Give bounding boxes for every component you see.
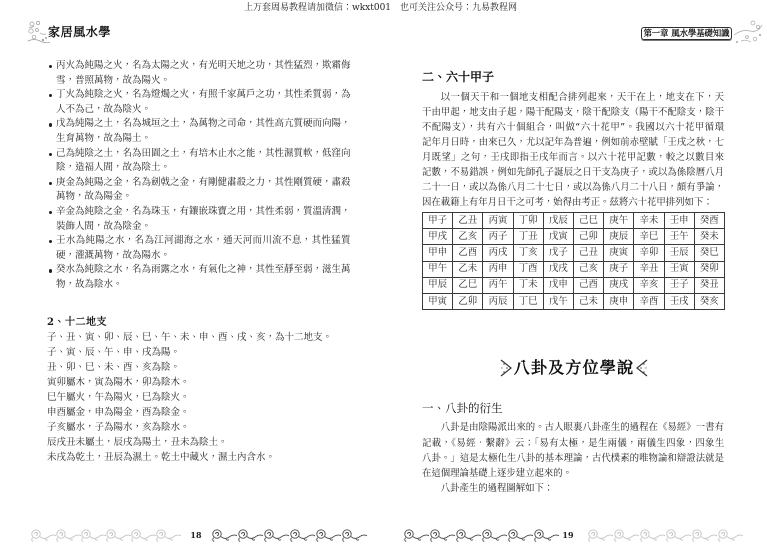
list-item: 辛金為純陰之金，名為珠玉，有鑲嵌珠寶之用，其性柔弱，質溫清潤，裝飾人間，故為陰金… (48, 205, 351, 234)
table-cell: 辛未 (634, 213, 664, 229)
table-cell: 甲午 (423, 261, 453, 277)
list-item: 丁火為純陰之火，名為燈燭之火，有照千家萬戶之功，其性柔質弱，為人不為己，故為陰火… (48, 88, 351, 117)
list-item-text: 丙火為純陽之火，名為太陽之火，有光明天地之功，其性猛烈，欺霜侮雪，普照萬物，故為… (56, 59, 351, 88)
list-item-text: 丁火為純陰之火，名為燈燭之火，有照千家萬戶之功，其性柔質弱，為人不為己，故為陰火… (56, 88, 351, 117)
table-cell: 癸亥 (694, 293, 724, 309)
paragraph-line: 記載，《易經．繫辭》云：「易有太極，是生兩儀，兩儀生四象，四象生 (422, 436, 724, 451)
table-cell: 癸丑 (694, 277, 724, 293)
chapter-banner: 八卦及方位學說 (496, 357, 652, 379)
table-cell: 戊戌 (543, 261, 573, 277)
earthly-branches-section: 2、十二地支 子、丑、寅、卯、辰、巳、午、未、申、酉、戌、亥，為十二地支。 子、… (47, 315, 332, 465)
page-number: 19 (561, 528, 575, 542)
table-cell: 丁酉 (513, 261, 543, 277)
table-cell: 甲子 (423, 213, 453, 229)
table-cell: 丙寅 (483, 213, 513, 229)
text-line: 寅卯屬木，寅為陽木，卯為陰木。 (47, 375, 332, 390)
table-cell: 乙未 (453, 261, 483, 277)
paragraph-line: 干由甲起，地支由子起，陽干配陽支，陰干配陰支（陽干不配陰支，陰干 (422, 105, 724, 120)
table-cell: 乙巳 (453, 277, 483, 293)
paragraph-line: 在這個理論基礎上逐步建立起來的。 (422, 466, 724, 481)
list-item-text: 庚金為純陽之金，名為劍戟之金，有剛健肅殺之力，其性剛質硬，肅殺萬物，故為陽金。 (56, 176, 351, 205)
banner-ornament-right-icon (635, 359, 648, 377)
bullet-icon (49, 211, 52, 214)
bullet-icon (49, 94, 52, 97)
text-line: 丑、卯、巳、未、酉、亥為陰。 (47, 360, 332, 375)
text-line: 子亥屬水，子為陽水，亥為陰水。 (47, 420, 332, 435)
paragraph-line: 因在載籍上有年月日干之可考，始得由考正。茲將六十花甲排列如下： (422, 195, 724, 210)
text-line: 申酉屬金，申為陽金，酉為陰金。 (47, 405, 332, 420)
running-header-title: 家居風水學 (48, 25, 111, 39)
table-cell: 己卯 (573, 229, 603, 245)
table-cell: 丙申 (483, 261, 513, 277)
table-cell: 丁亥 (513, 245, 543, 261)
page-number: 18 (189, 528, 203, 542)
bullet-icon (49, 153, 52, 156)
table-cell: 丁卯 (513, 213, 543, 229)
table-cell: 丁巳 (513, 293, 543, 309)
footer-ornament-icon (403, 528, 560, 542)
table-cell: 己巳 (573, 213, 603, 229)
table-cell: 戊寅 (543, 229, 573, 245)
list-item-text: 壬水為純陽之水，名為江河湖海之水，通天河而川流不息，其性猛質硬，灌溉萬物，故為陽… (56, 234, 351, 263)
table-cell: 辛酉 (634, 293, 664, 309)
table-cell: 庚子 (604, 261, 634, 277)
table-cell: 己酉 (573, 277, 603, 293)
derivation-paragraph: 八卦是由陰陽派出來的。古人眼裏八卦產生的過程在《易經》一書有 記載，《易經．繫辭… (422, 420, 724, 496)
footer-ornament-icon (211, 528, 368, 542)
table-cell: 戊辰 (543, 213, 573, 229)
section-heading: 2、十二地支 (47, 315, 332, 330)
table-row: 甲戌乙亥丙子丁丑戊寅己卯庚辰辛巳壬午癸未 (423, 229, 725, 245)
list-item: 庚金為純陽之金，名為劍戟之金，有剛健肅殺之力，其性剛質硬，肅殺萬物，故為陽金。 (48, 176, 351, 205)
table-cell: 辛卯 (634, 245, 664, 261)
table-cell: 甲寅 (423, 293, 453, 309)
table-cell: 壬戌 (664, 293, 694, 309)
table-row: 甲辰乙巳丙午丁未戊申己酉庚戌辛亥壬子癸丑 (423, 277, 725, 293)
table-cell: 庚申 (604, 293, 634, 309)
list-item: 丙火為純陽之火，名為太陽之火，有光明天地之功，其性猛烈，欺霜侮雪，普照萬物，故為… (48, 59, 351, 88)
paragraph-line: 記數，不易錯誤，例如先師孔子誕辰之日干支為庚子，或以為係陰曆八月 (422, 165, 724, 180)
paragraph-line: 八卦。」這是太極化生八卦的基本理論，古代樸素的唯物論和辯證法就是 (422, 451, 724, 466)
table-cell: 甲辰 (423, 277, 453, 293)
table-cell: 丙辰 (483, 293, 513, 309)
diagram-caption: 八卦產生的過程圖解如下： (422, 481, 724, 496)
text-line: 子、丑、寅、卯、辰、巳、午、未、申、酉、戌、亥，為十二地支。 (47, 330, 332, 345)
table-cell: 壬寅 (664, 261, 694, 277)
subsection-title: 一、八卦的衍生 (422, 401, 503, 416)
chapter-tab: 第一章 風水學基礎知識 (641, 27, 732, 40)
table-row: 甲子乙丑丙寅丁卯戊辰己巳庚午辛未壬申癸酉 (423, 213, 725, 229)
list-item: 壬水為純陽之水，名為江河湖海之水，通天河而川流不息，其性猛質硬，灌溉萬物，故為陽… (48, 234, 351, 263)
section-title: 二、六十甲子 (422, 70, 494, 85)
paragraph-line: 記年月日時，由來已久，尤以記年為普遍，例如前赤壁賦「壬戌之秋，七 (422, 135, 724, 150)
table-cell: 乙酉 (453, 245, 483, 261)
sexagenary-cycle-table: 甲子乙丑丙寅丁卯戊辰己巳庚午辛未壬申癸酉 甲戌乙亥丙子丁丑戊寅己卯庚辰辛巳壬午癸… (422, 212, 725, 310)
text-line: 巳午屬火，午為陽火，巳為陰火。 (47, 390, 332, 405)
table-cell: 壬辰 (664, 245, 694, 261)
table-cell: 癸巳 (694, 245, 724, 261)
table-cell: 戊申 (543, 277, 573, 293)
footer-ornament-icon (30, 528, 181, 542)
list-item: 癸水為純陰之水，名為雨露之水，有氣化之神，其性至靜至弱，滋生萬物，故為陰水。 (48, 263, 351, 292)
table-cell: 癸酉 (694, 213, 724, 229)
table-cell: 壬子 (664, 277, 694, 293)
list-item: 己為純陰之土，名為田園之土，有培木止水之能，其性濕質軟，低窪向陰，造福人間，故為… (48, 147, 351, 176)
text-line: 未戌為乾土，丑辰為濕土。乾土中藏火，濕土內含水。 (47, 450, 332, 465)
bullet-icon (49, 240, 52, 243)
banner-title: 八卦及方位學說 (514, 358, 634, 378)
table-cell: 己亥 (573, 261, 603, 277)
paragraph-line: 八卦是由陰陽派出來的。古人眼裏八卦產生的過程在《易經》一書有 (422, 420, 724, 435)
table-cell: 庚戌 (604, 277, 634, 293)
paragraph-line: 二十一日，或以為係八月二十七日，或以為係八月二十八日，頗有爭論， (422, 180, 724, 195)
table-cell: 壬午 (664, 229, 694, 245)
paragraph-line: 月既望」之句，壬戌即指壬戌年而言。以六十花甲記數，較之以數目來 (422, 150, 724, 165)
paragraph-line: 不配陽支），共有六十個組合，叫做“六十花甲”。我國以六十花甲循環 (422, 120, 724, 135)
footer-ornament-icon (587, 528, 744, 542)
table-cell: 戊子 (543, 245, 573, 261)
bullet-icon (49, 123, 52, 126)
table-cell: 壬申 (664, 213, 694, 229)
bullet-icon (49, 182, 52, 185)
bullet-icon (49, 65, 52, 68)
list-item-text: 己為純陰之土，名為田園之土，有培木止水之能，其性濕質軟，低窪向陰，造福人間，故為… (56, 147, 351, 176)
floral-ornament-icon (733, 17, 763, 45)
table-cell: 甲申 (423, 245, 453, 261)
bullet-icon (49, 269, 52, 272)
table-cell: 庚寅 (604, 245, 634, 261)
table-cell: 癸卯 (694, 261, 724, 277)
floral-ornament-icon (26, 19, 50, 45)
table-row: 甲午乙未丙申丁酉戊戌己亥庚子辛丑壬寅癸卯 (423, 261, 725, 277)
table-cell: 乙丑 (453, 213, 483, 229)
watermark-banner: 上万套周易教程请加微信：wkxt001 也可关注公众号：九易教程网 (244, 2, 517, 14)
text-line: 辰戌丑未屬土，辰戌為陽土，丑未為陰土。 (47, 435, 332, 450)
table-cell: 丙子 (483, 229, 513, 245)
heavenly-stems-list: 丙火為純陽之火，名為太陽之火，有光明天地之功，其性猛烈，欺霜侮雪，普照萬物，故為… (48, 59, 351, 293)
table-cell: 辛亥 (634, 277, 664, 293)
table-row: 甲寅乙卯丙辰丁巳戊午己未庚申辛酉壬戌癸亥 (423, 293, 725, 309)
table-cell: 丁丑 (513, 229, 543, 245)
table-cell: 乙亥 (453, 229, 483, 245)
list-item-text: 癸水為純陰之水，名為雨露之水，有氣化之神，其性至靜至弱，滋生萬物，故為陰水。 (56, 263, 351, 292)
banner-ornament-left-icon (500, 359, 513, 377)
table-cell: 戊午 (543, 293, 573, 309)
table-row: 甲申乙酉丙戌丁亥戊子己丑庚寅辛卯壬辰癸巳 (423, 245, 725, 261)
list-item-text: 戊為純陽之土，名為城垣之土，為萬物之司命，其性高亢質硬而向陽，生育萬物，故為陽土… (56, 117, 351, 146)
intro-paragraph: 以一個天干和一個地支相配合排列起來，天干在上，地支在下，天 干由甲起，地支由子起… (422, 90, 724, 210)
table-cell: 丙午 (483, 277, 513, 293)
table-cell: 乙卯 (453, 293, 483, 309)
table-cell: 己丑 (573, 245, 603, 261)
table-cell: 丙戌 (483, 245, 513, 261)
table-cell: 甲戌 (423, 229, 453, 245)
text-line: 子、寅、辰、午、申、戌為陽。 (47, 345, 332, 360)
table-cell: 辛巳 (634, 229, 664, 245)
table-cell: 癸未 (694, 229, 724, 245)
table-cell: 庚辰 (604, 229, 634, 245)
table-cell: 己未 (573, 293, 603, 309)
table-cell: 辛丑 (634, 261, 664, 277)
paragraph-line: 以一個天干和一個地支相配合排列起來，天干在上，地支在下，天 (422, 90, 724, 105)
table-cell: 庚午 (604, 213, 634, 229)
list-item-text: 辛金為純陰之金，名為珠玉，有鑲嵌珠寶之用，其性柔弱，質溫清潤，裝飾人間，故為陰金… (56, 205, 351, 234)
table-cell: 丁未 (513, 277, 543, 293)
list-item: 戊為純陽之土，名為城垣之土，為萬物之司命，其性高亢質硬而向陽，生育萬物，故為陽土… (48, 117, 351, 146)
